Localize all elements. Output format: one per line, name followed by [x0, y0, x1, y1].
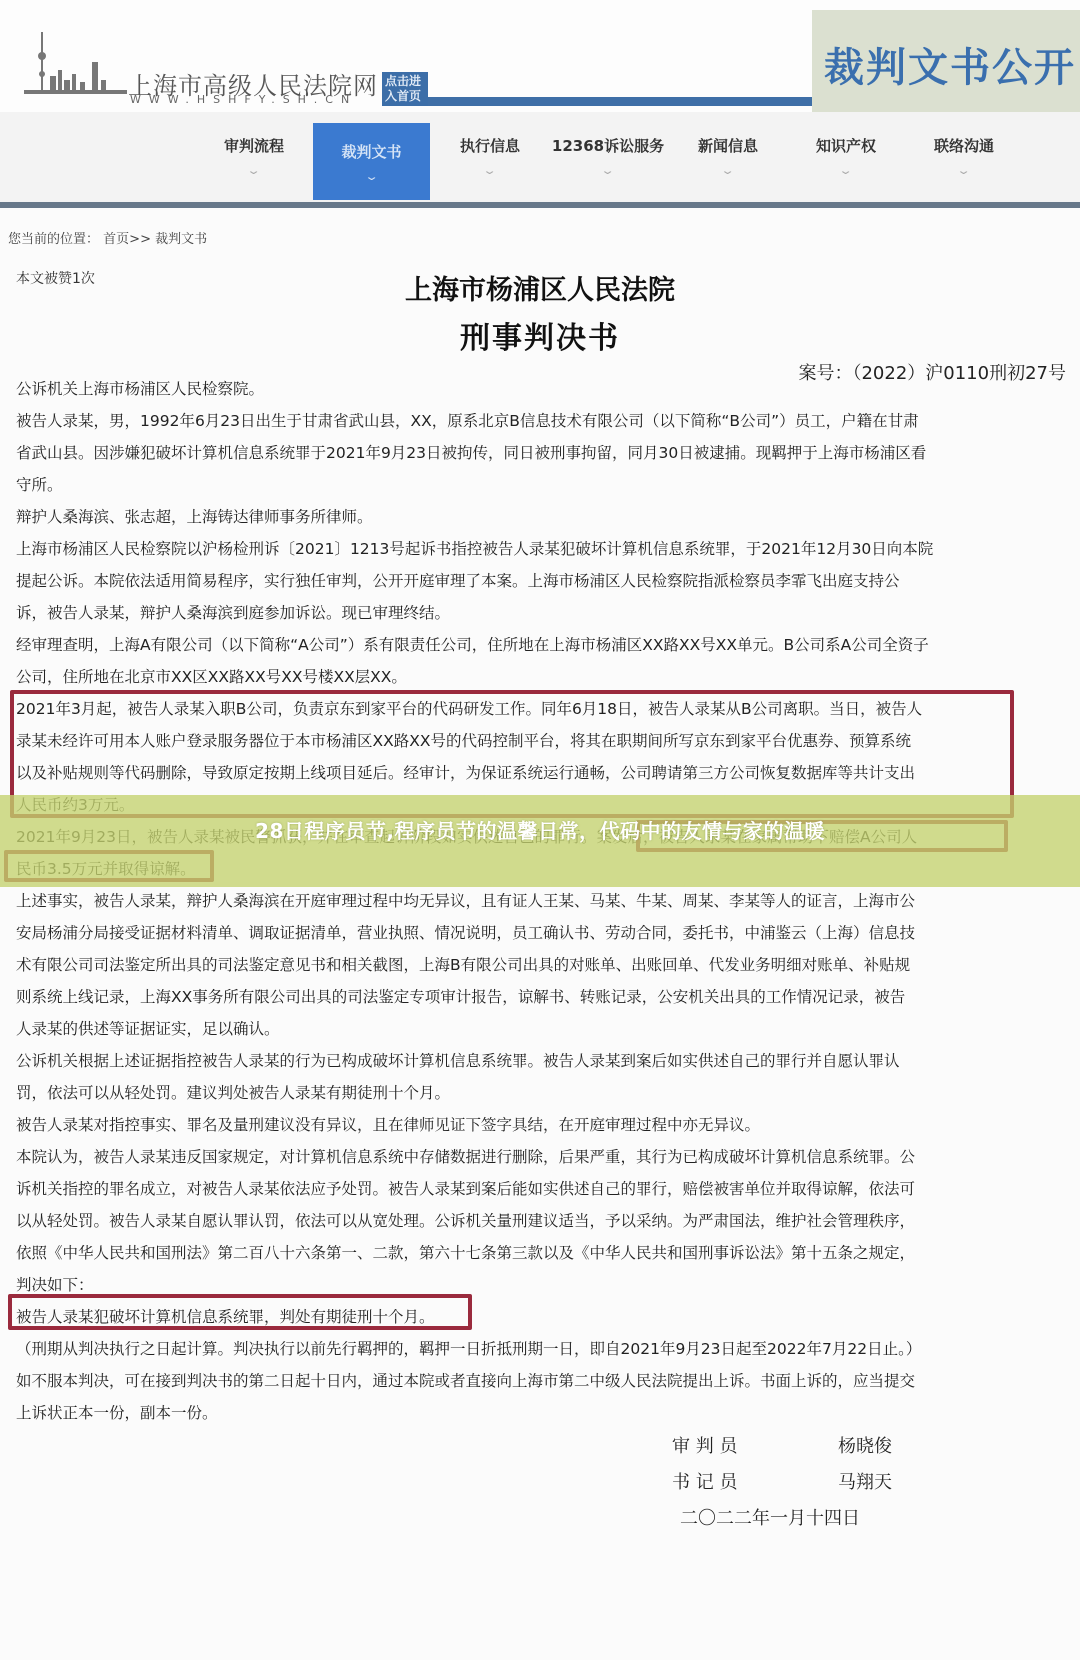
- court-name: 上海市杨浦区人民法院: [0, 268, 1080, 307]
- nav-judgments[interactable]: 裁判文书 ⌄: [313, 123, 430, 200]
- document-line: 诉，被告人录某，辩护人桑海滨到庭参加诉讼。现已审理终结。: [16, 597, 1068, 629]
- document-line: 提起公诉。本院依法适用简易程序，实行独任审判，公开开庭审理了本案。上海市杨浦区人…: [16, 565, 1068, 597]
- nav-news[interactable]: 新闻信息 ⌄: [686, 112, 770, 200]
- document-line: 公司，住所地在北京市XX区XX路XX号XX号楼XX层XX。: [16, 661, 1068, 693]
- breadcrumb-prefix: 您当前的位置：: [8, 232, 99, 247]
- breadcrumb-separator: >>: [129, 232, 151, 247]
- clerk-name: 马翔天: [838, 1468, 892, 1494]
- site-url: WWW.HSHFY.SH.CN: [130, 93, 357, 106]
- document-line: 经审理查明，上海A有限公司（以下简称“A公司”）系有限责任公司，住所地在上海市杨…: [16, 629, 1068, 661]
- document-line: 罚，依法可以从轻处罚。建议判处被告人录某有期徒刑十个月。: [16, 1077, 1068, 1109]
- nav-ip[interactable]: 知识产权 ⌄: [804, 112, 888, 200]
- document-line: 本院认为，被告人录某违反国家规定，对计算机信息系统中存储数据进行删除，后果严重，…: [16, 1141, 1068, 1173]
- document-line: 安局杨浦分局接受证据材料清单、调取证据清单，营业执照、情况说明，员工确认书、劳动…: [16, 917, 1068, 949]
- nav-label: 裁判文书: [341, 141, 401, 162]
- document-line: 人录某的供述等证据证实，足以确认。: [16, 1013, 1068, 1045]
- chevron-down-icon: ⌄: [601, 164, 616, 177]
- chevron-down-icon: ⌄: [839, 164, 854, 177]
- nav-contact[interactable]: 联络沟通 ⌄: [922, 112, 1006, 200]
- main-nav: 审判流程 ⌄ 裁判文书 ⌄ 执行信息 ⌄ 12368诉讼服务 ⌄ 新闻信息 ⌄ …: [0, 112, 1080, 204]
- nav-litigation-service[interactable]: 12368诉讼服务 ⌄: [548, 112, 668, 200]
- document-line: 被告人录某对指控事实、罪名及量刑建议没有异议，且在律师见证下签字具结，在开庭审理…: [16, 1109, 1068, 1141]
- nav-label: 12368诉讼服务: [552, 135, 664, 156]
- document-line: 被告人录某，男，1992年6月23日出生于甘肃省武山县，XX，原系北京B信息技术…: [16, 405, 1068, 437]
- document-line: 依照《中华人民共和国刑法》第二百八十六条第一、二款，第六十七条第三款以及《中华人…: [16, 1237, 1068, 1269]
- nav-label: 审判流程: [224, 135, 284, 156]
- chevron-down-icon: ⌄: [247, 164, 262, 177]
- article-title: 28日程序员节,程序员节的温馨日常，代码中的友情与家的温暖: [0, 815, 1080, 844]
- nav-label: 执行信息: [460, 135, 520, 156]
- document-line: 上诉状正本一份，副本一份。: [16, 1397, 1068, 1429]
- judgments-public-banner: 裁判文书公开: [812, 10, 1080, 113]
- chevron-down-icon: ⌄: [957, 164, 972, 177]
- nav-divider: [0, 202, 1080, 208]
- nav-trial-process[interactable]: 审判流程 ⌄: [212, 112, 296, 200]
- document-line: 上述事实，被告人录某，辩护人桑海滨在开庭审理过程中均无异议，且有证人王某、马某、…: [16, 885, 1068, 917]
- chevron-down-icon: ⌄: [721, 164, 736, 177]
- breadcrumb: 您当前的位置： 首页>> 裁判文书: [8, 228, 207, 247]
- site-header: 上海市高级人民法院网 WWW.HSHFY.SH.CN 点击进入首页 裁判文书公开: [0, 0, 1080, 112]
- nav-label: 联络沟通: [934, 135, 994, 156]
- banner-title: 裁判文书公开: [824, 36, 1076, 93]
- judgment-date: 二〇二二年一月十四日: [680, 1504, 860, 1530]
- document-title: 刑事判决书: [0, 313, 1080, 357]
- nav-enforcement-info[interactable]: 执行信息 ⌄: [448, 112, 532, 200]
- highlight-box-verdict: [8, 1294, 472, 1330]
- document-line: 上海市杨浦区人民检察院以沪杨检刑诉〔2021〕1213号起诉书指控被告人录某犯破…: [16, 533, 1068, 565]
- header-divider: [428, 97, 812, 106]
- nav-label: 知识产权: [816, 135, 876, 156]
- clerk-role: 书 记 员: [672, 1468, 737, 1494]
- breadcrumb-home[interactable]: 首页: [103, 232, 129, 247]
- document-line: 公诉机关上海市杨浦区人民检察院。: [16, 373, 1068, 405]
- nav-label: 新闻信息: [698, 135, 758, 156]
- document-line: 守所。: [16, 469, 1068, 501]
- chevron-down-icon: ⌄: [483, 164, 498, 177]
- document-line: 公诉机关根据上述证据指控被告人录某的行为已构成破坏计算机信息系统罪。被告人录某到…: [16, 1045, 1068, 1077]
- document-line: 诉机关指控的罪名成立，对被告人录某依法应予处罚。被告人录某到案后能如实供述自己的…: [16, 1173, 1068, 1205]
- breadcrumb-current[interactable]: 裁判文书: [155, 232, 207, 247]
- document-line: 则系统上线记录，上海XX事务所有限公司出具的司法鉴定专项审计报告，谅解书、转账记…: [16, 981, 1068, 1013]
- chevron-down-icon: ⌄: [364, 170, 379, 183]
- document-line: 术有限公司司法鉴定所出具的司法鉴定意见书和相关截图，上海B有限公司出具的对账单、…: [16, 949, 1068, 981]
- shanghai-skyline-logo-icon: [22, 30, 127, 102]
- document-line: 以从轻处罚。被告人录某自愿认罪认罚，依法可以从宽处理。公诉机关量刑建议适当，予以…: [16, 1205, 1068, 1237]
- judge-name: 杨晓俊: [838, 1432, 892, 1458]
- document-line: （刑期从判决执行之日起计算。判决执行以前先行羁押的，羁押一日折抵刑期一日，即自2…: [16, 1333, 1068, 1365]
- document-line: 辩护人桑海滨、张志超，上海铸达律师事务所律师。: [16, 501, 1068, 533]
- home-link-button[interactable]: 点击进入首页: [382, 72, 428, 106]
- document-line: 如不服本判决，可在接到判决书的第二日起十日内，通过本院或者直接向上海市第二中级人…: [16, 1365, 1068, 1397]
- judge-role: 审 判 员: [672, 1432, 737, 1458]
- document-line: 省武山县。因涉嫌犯破坏计算机信息系统罪于2021年9月23日被拘传，同日被刑事拘…: [16, 437, 1068, 469]
